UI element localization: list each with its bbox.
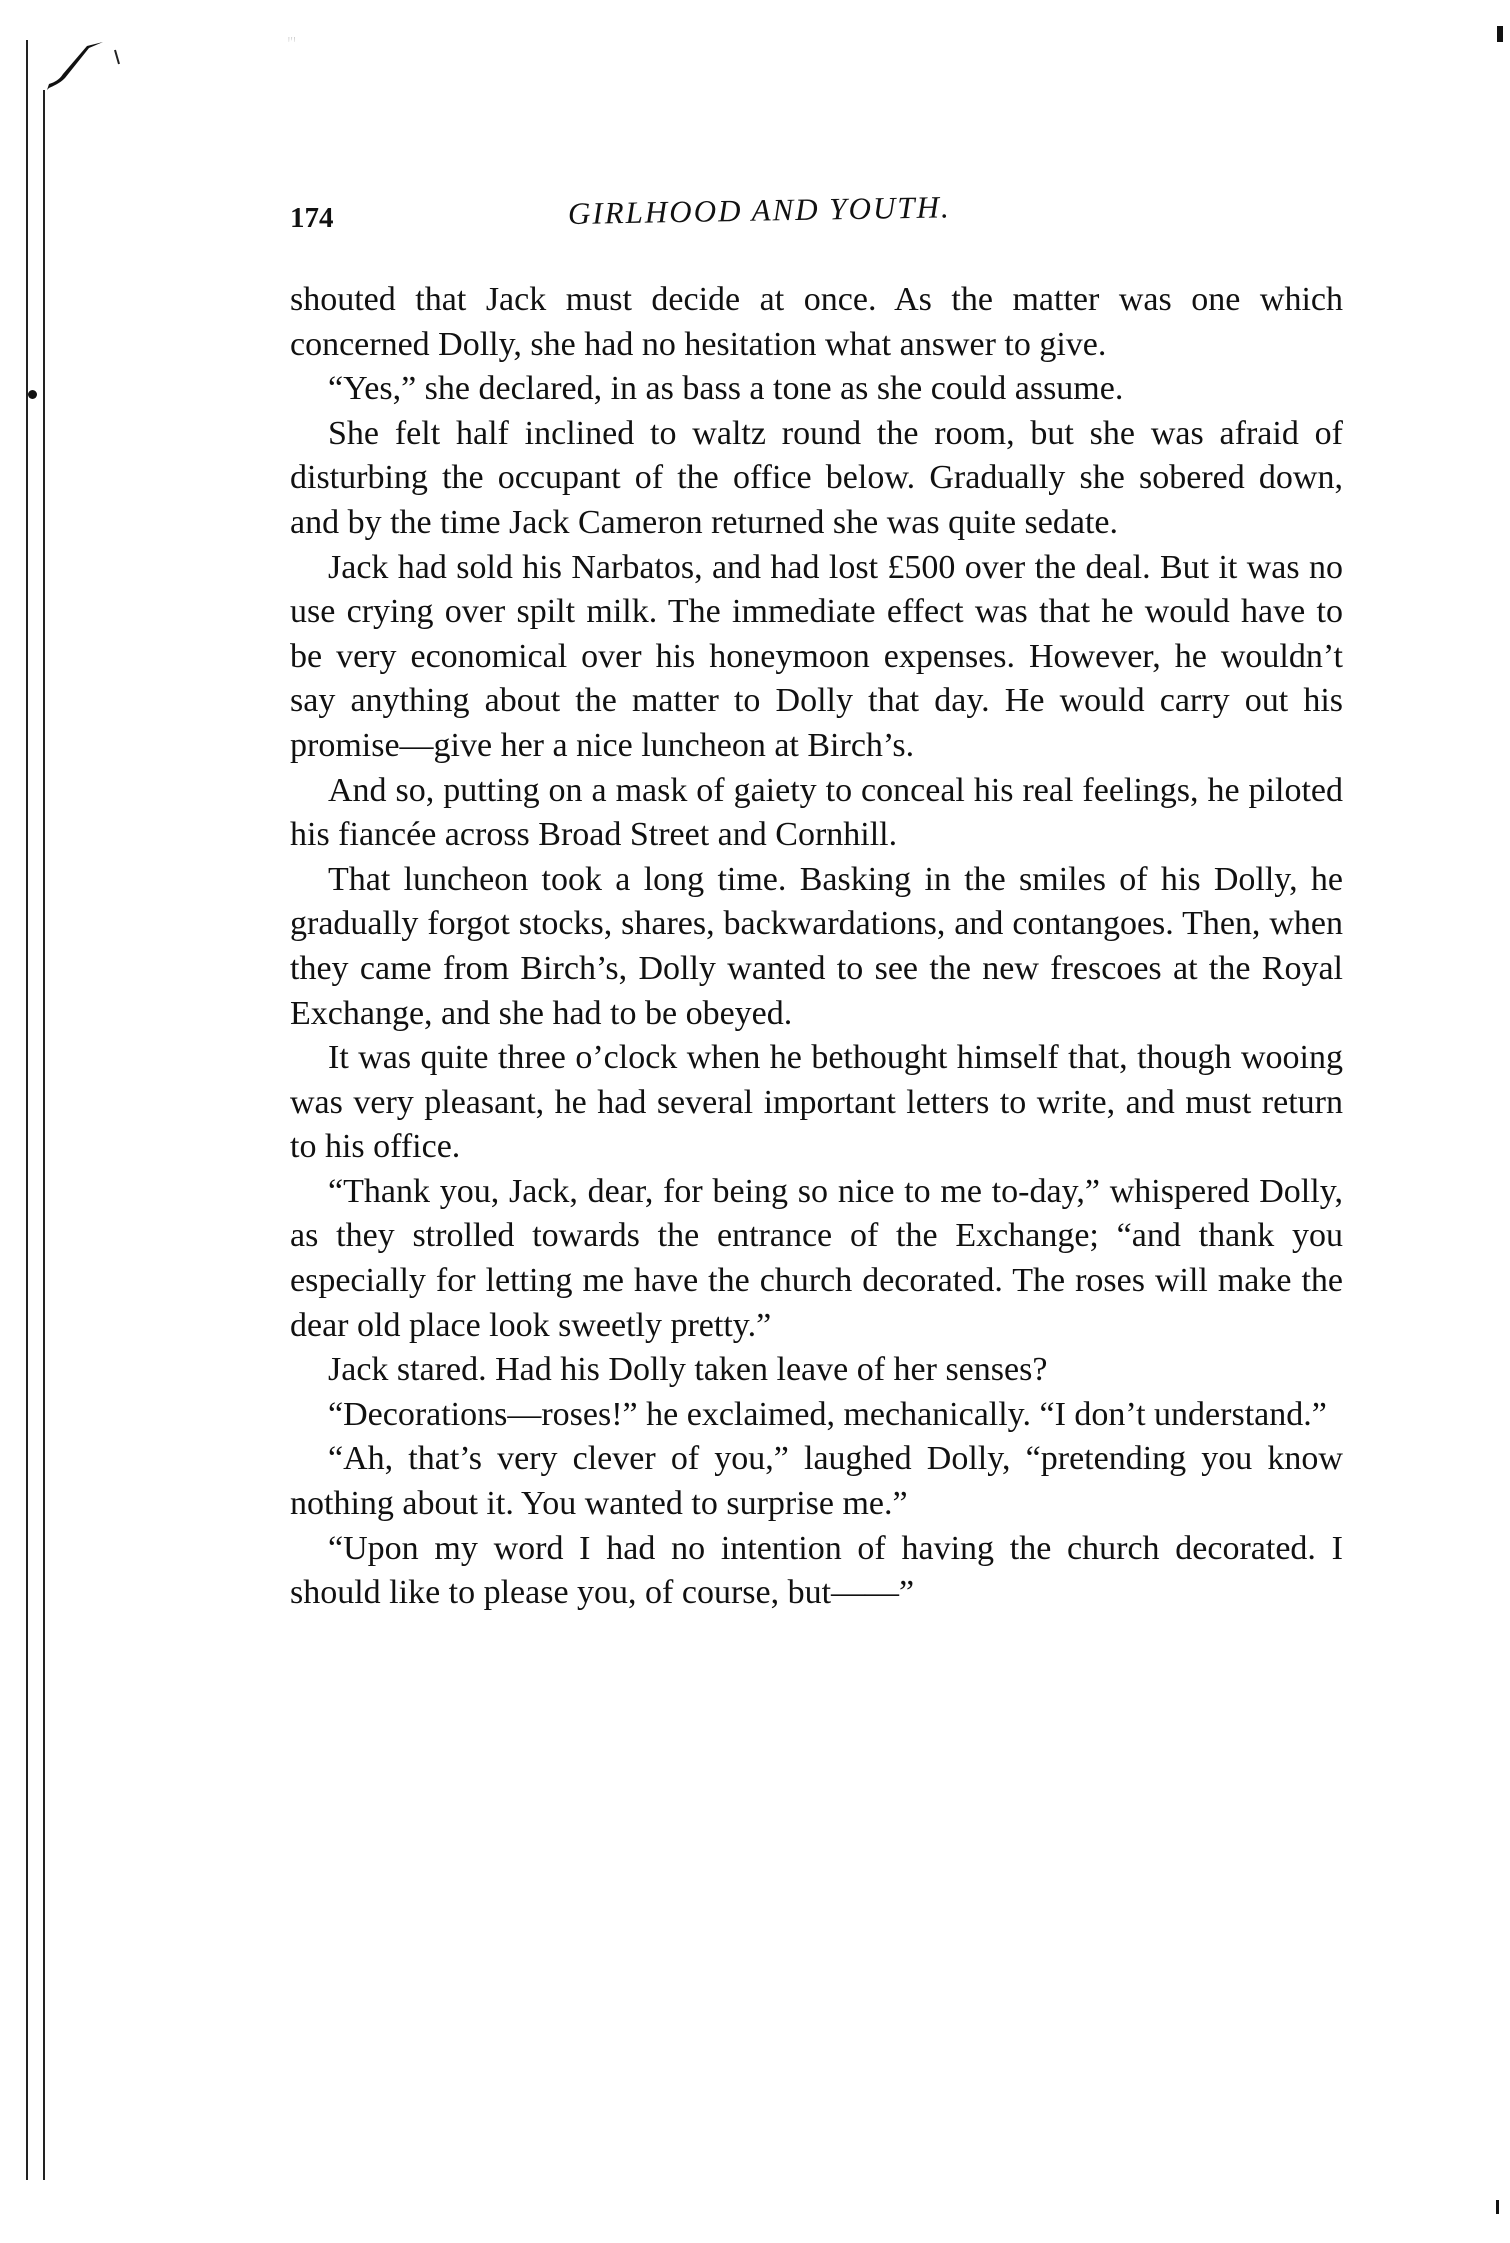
paragraph: It was quite three o’clock when he betho… xyxy=(290,1036,1343,1170)
paragraph: “Upon my word I had no intention of havi… xyxy=(290,1527,1343,1616)
running-head: 174 GIRLHOOD AND YOUTH. xyxy=(290,196,1343,240)
running-title: GIRLHOOD AND YOUTH. xyxy=(568,189,951,232)
paragraph: “Yes,” she declared, in as bass a tone a… xyxy=(290,367,1343,412)
scan-smudge: ꞋꞌꞋ xyxy=(288,36,348,54)
book-page: ꞋꞌꞋ 174 GIRLHOOD AND YOUTH. shouted that… xyxy=(0,0,1510,2243)
paragraph: She felt half inclined to waltz round th… xyxy=(290,412,1343,546)
body-text: shouted that Jack must decide at once. A… xyxy=(290,278,1343,1616)
page-number: 174 xyxy=(290,202,334,235)
paragraph: That luncheon took a long time. Basking … xyxy=(290,858,1343,1036)
paragraph: “Thank you, Jack, dear, for being so nic… xyxy=(290,1170,1343,1348)
binding-edge-line xyxy=(26,40,28,2180)
corner-mark-top xyxy=(1497,26,1503,42)
paragraph: “Ah, that’s very clever of you,” laughed… xyxy=(290,1437,1343,1526)
corner-mark-bottom xyxy=(1496,2200,1499,2214)
binding-inner-line xyxy=(43,90,45,2180)
paragraph: Jack stared. Had his Dolly taken leave o… xyxy=(290,1348,1343,1393)
paragraph: shouted that Jack must decide at once. A… xyxy=(290,278,1343,367)
paragraph: And so, putting on a mask of gaiety to c… xyxy=(290,769,1343,858)
paragraph: “Decorations—roses!” he exclaimed, mecha… xyxy=(290,1393,1343,1438)
binding-dot-mark xyxy=(28,390,37,399)
paragraph: Jack had sold his Narbatos, and had lost… xyxy=(290,546,1343,769)
page-corner-curl xyxy=(45,40,125,92)
